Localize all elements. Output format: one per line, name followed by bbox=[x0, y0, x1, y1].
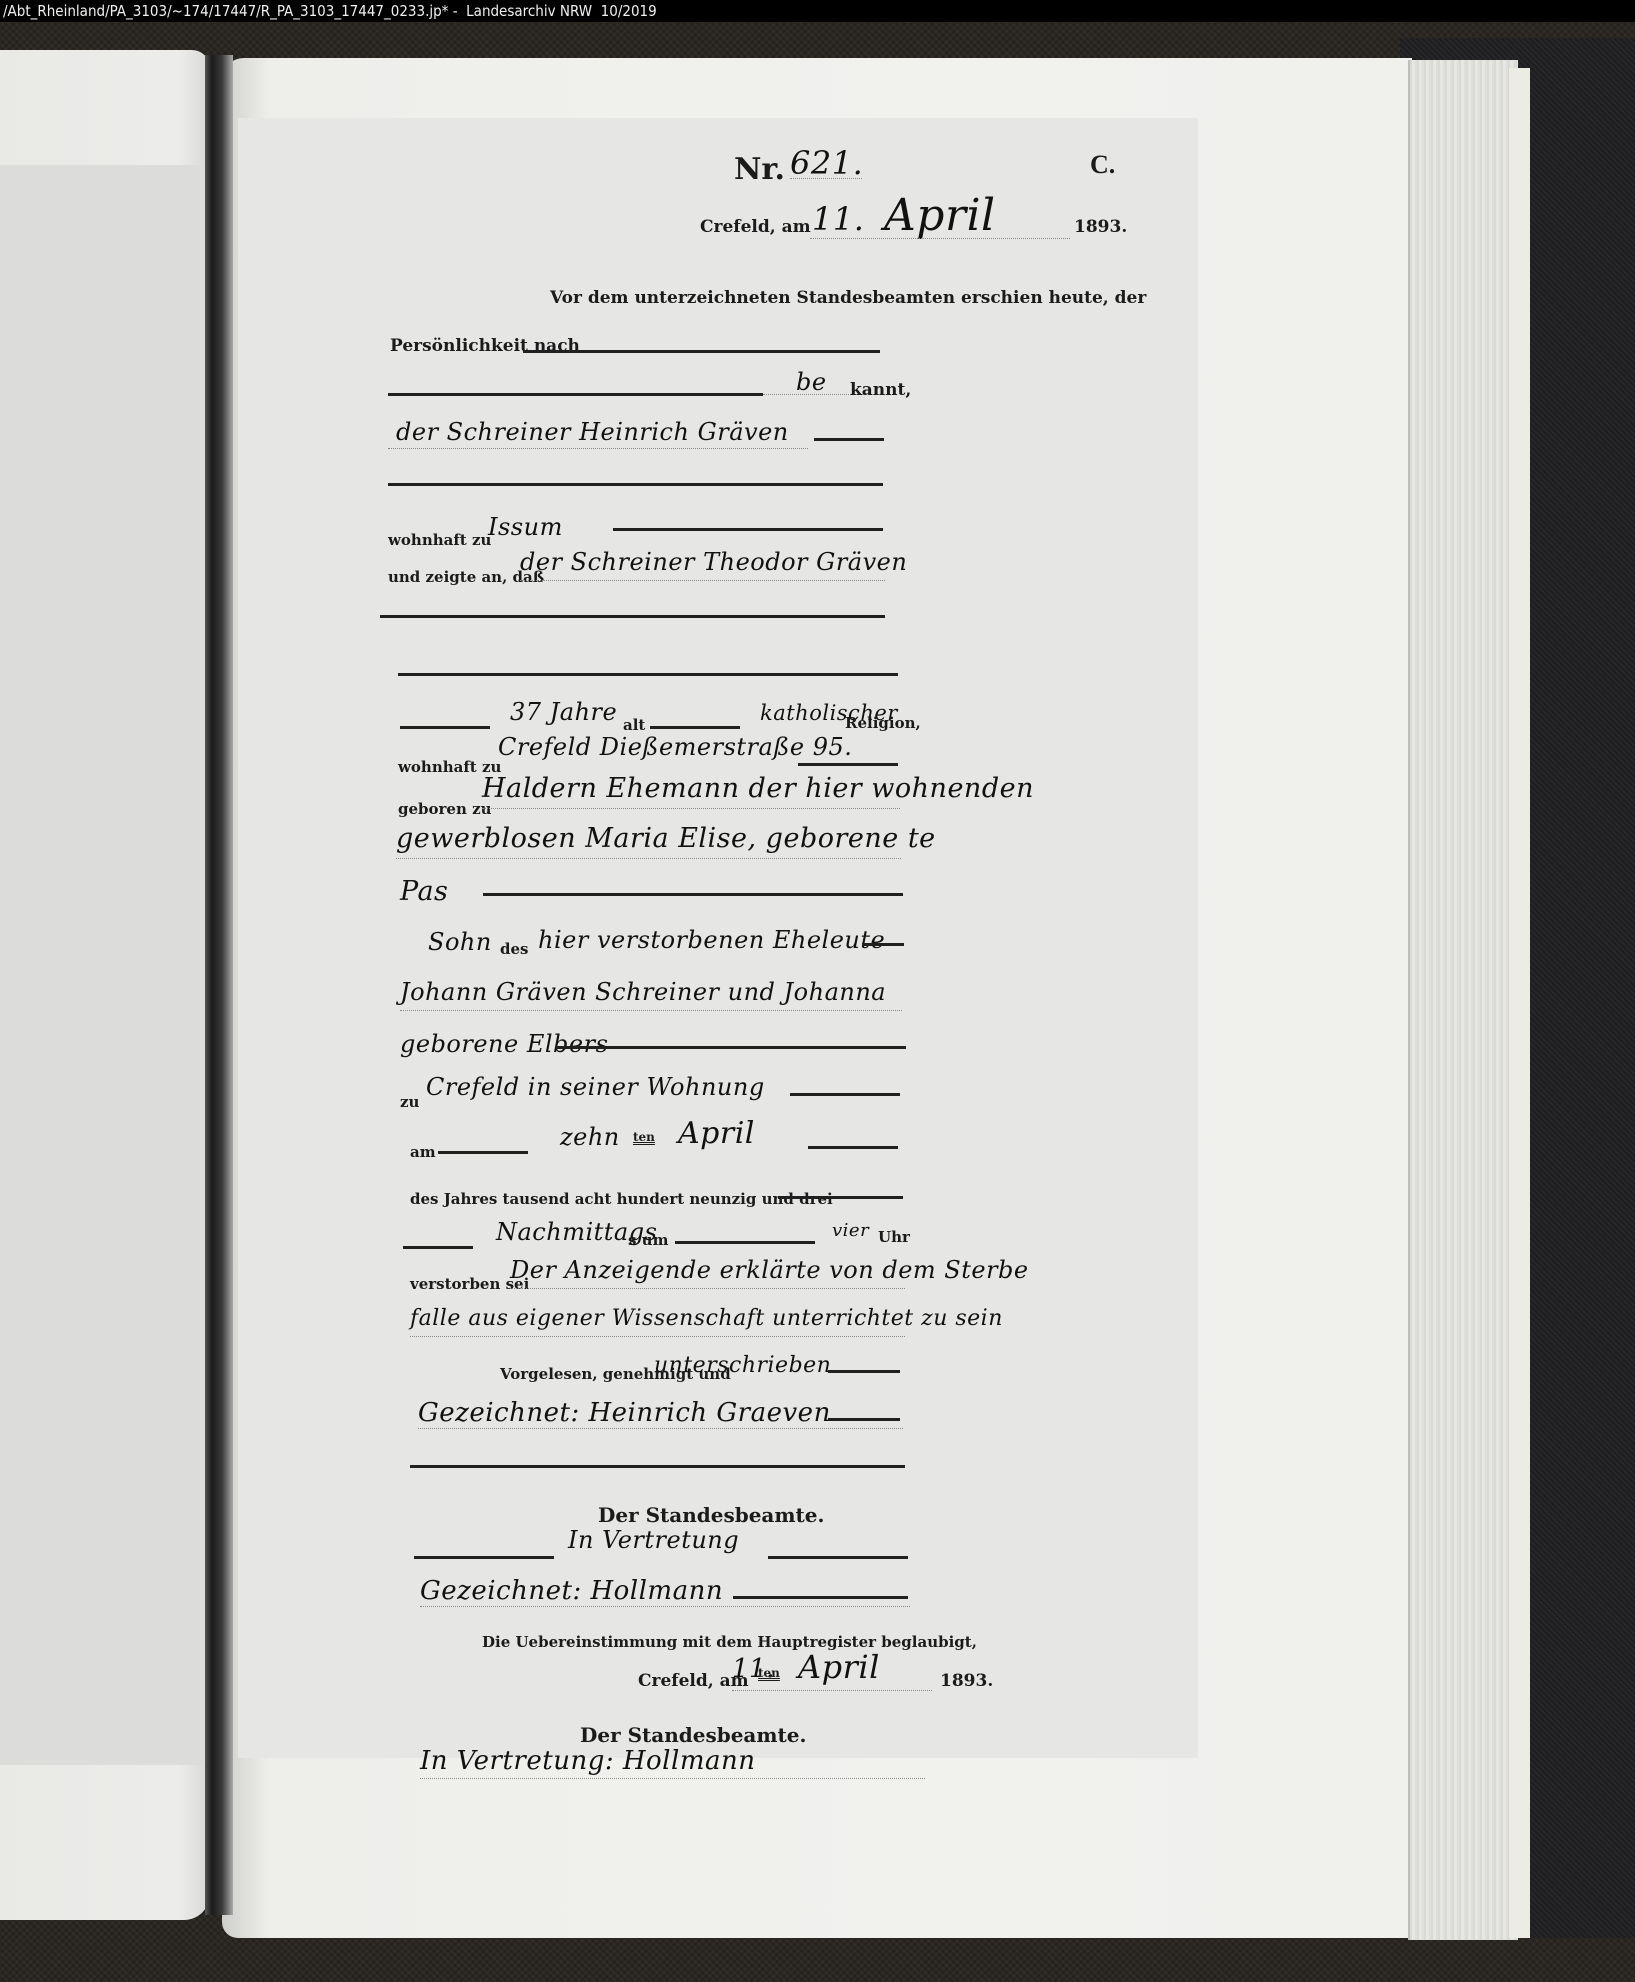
parents-hand-a: Sohn bbox=[428, 928, 492, 956]
read-hand: unterschrieben bbox=[654, 1353, 831, 1378]
birthplace-label: geboren zu bbox=[398, 800, 492, 818]
informant-signature: Gezeichnet: Heinrich Graeven bbox=[418, 1398, 831, 1428]
parents-line3-hand: geborene Elbers bbox=[400, 1030, 608, 1058]
parents-label: des bbox=[500, 940, 528, 958]
date-day: 11. bbox=[812, 200, 864, 238]
intro-text: Vor dem unterzeichneten Standesbeamten e… bbox=[550, 288, 1146, 308]
informant-hand: der Schreiner Heinrich Gräven bbox=[396, 418, 789, 446]
nr-value: 621. bbox=[790, 144, 863, 182]
parents-line2-hand: Johann Gräven Schreiner und Johanna bbox=[400, 978, 886, 1006]
place-label: zu bbox=[400, 1093, 419, 1111]
parents-hand-b: hier verstorbenen Eheleute bbox=[538, 926, 885, 954]
certification-text: Die Uebereinstimmung mit dem Hauptregist… bbox=[482, 1633, 977, 1651]
page-stack bbox=[1408, 60, 1518, 1940]
deceased-hand: der Schreiner Theodor Gräven bbox=[520, 548, 907, 576]
window-title-bar: /Abt_Rheinland/PA_3103/~174/17447/R_PA_3… bbox=[0, 0, 1635, 22]
age-hand: 37 Jahre bbox=[510, 698, 617, 726]
place-hand: Crefeld in seiner Wohnung bbox=[426, 1073, 765, 1101]
known-hand: be bbox=[796, 368, 827, 396]
month-hand: April bbox=[678, 1116, 755, 1151]
cert-official-title: Der Standesbeamte. bbox=[580, 1723, 806, 1747]
identity-label: Persönlichkeit nach bbox=[390, 336, 580, 356]
page-stack-edge bbox=[1508, 68, 1530, 1938]
remark-line2-hand: falle aus eigener Wissenschaft unterrich… bbox=[410, 1306, 1003, 1331]
day-hand: zehn bbox=[560, 1123, 620, 1151]
series-letter: C. bbox=[1090, 150, 1115, 180]
header-year: 1893. bbox=[1074, 217, 1127, 237]
known-label: kannt, bbox=[850, 380, 911, 400]
cert-day-suffix: ten bbox=[758, 1666, 780, 1680]
book-gutter bbox=[205, 55, 233, 1915]
remark-line1-hand: Der Anzeigende erklärte von dem Sterbe bbox=[510, 1256, 1029, 1284]
place-prefix: Crefeld, am bbox=[700, 217, 811, 237]
nr-label: Nr. bbox=[734, 152, 785, 187]
day-suffix: ten bbox=[633, 1130, 655, 1144]
official-signature: Gezeichnet: Hollmann bbox=[420, 1576, 723, 1606]
residence-hand: Issum bbox=[488, 513, 563, 541]
deceased-residence-hand: Crefeld Dießemerstraße 95. bbox=[498, 733, 852, 761]
cert-year: 1893. bbox=[940, 1671, 993, 1691]
on-label: am bbox=[410, 1143, 436, 1161]
left-page bbox=[0, 50, 210, 1920]
left-page-insert bbox=[0, 165, 205, 1765]
hour-label: Uhr bbox=[878, 1228, 910, 1246]
cert-signature: In Vertretung: Hollmann bbox=[420, 1746, 755, 1776]
hour-hand: vier bbox=[832, 1220, 869, 1241]
spouse-line2-hand: Pas bbox=[400, 876, 448, 907]
birthplace-hand: Haldern Ehemann der hier wohnenden bbox=[482, 773, 1034, 804]
religion-label: Religion, bbox=[845, 714, 921, 732]
year-line: des Jahres tausend acht hundert neunzig … bbox=[410, 1190, 833, 1208]
residence-label: wohnhaft zu bbox=[388, 531, 491, 549]
cert-month-hand: April bbox=[798, 1648, 880, 1686]
official-title: Der Standesbeamte. bbox=[598, 1503, 824, 1527]
death-certificate: Nr. 621. C. Crefeld, am 11. April 1893. … bbox=[238, 118, 1198, 1758]
age-label: alt bbox=[623, 716, 645, 734]
spouse-line1-hand: gewerblosen Maria Elise, geborene te bbox=[396, 823, 936, 854]
time-label: s um bbox=[628, 1231, 668, 1249]
date-month: April bbox=[884, 190, 996, 241]
official-deputy-hand: In Vertretung bbox=[568, 1526, 739, 1554]
